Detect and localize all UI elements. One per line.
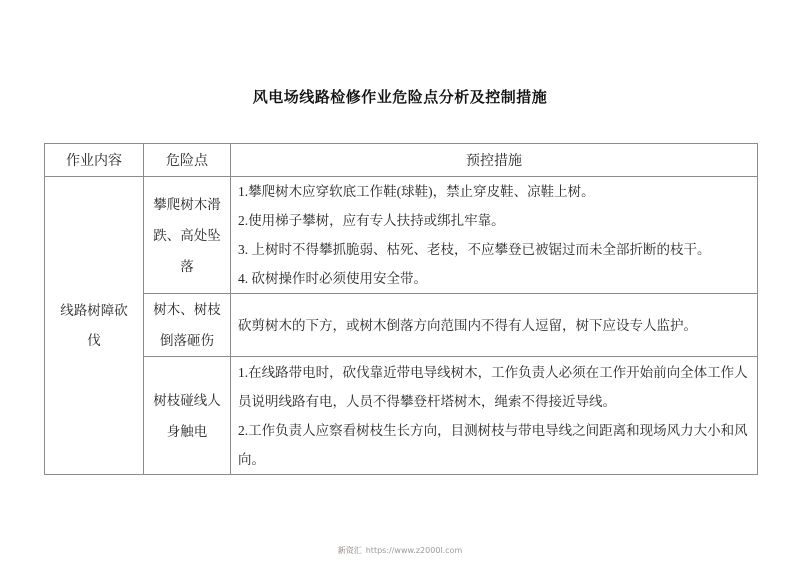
measure-item: 2.使用梯子攀树，应有专人扶持或绑扎牢靠。 [238,206,754,235]
hazard-cell-electric-shock: 树枝碰线人身触电 [144,357,231,475]
measures-cell-falling-branches: 砍剪树木的下方，或树木倒落方向范围内不得有人逗留，树下应设专人监护。 [231,294,758,357]
column-header-hazard: 危险点 [144,144,231,177]
measure-item: 4. 砍树操作时必须使用安全带。 [238,264,754,293]
column-header-measures: 预控措施 [231,144,758,177]
measure-item: 1.在线路带电时，砍伐靠近带电导线树木，工作负责人必须在工作开始前向全体工作人员… [238,358,754,416]
measure-item: 3. 上树时不得攀抓脆弱、枯死、老枝，不应攀登已被锯过而未全部折断的枝干。 [238,235,754,264]
work-content-cell: 线路树障砍伐 [45,177,144,475]
column-header-work-content: 作业内容 [45,144,144,177]
measures-cell-climbing-falls: 1.攀爬树木应穿软底工作鞋(球鞋)，禁止穿皮鞋、凉鞋上树。 2.使用梯子攀树，应… [231,177,758,294]
measures-cell-electric-shock: 1.在线路带电时，砍伐靠近带电导线树木，工作负责人必须在工作开始前向全体工作人员… [231,357,758,475]
watermark: 新资汇https://www.z2000l.com [0,546,800,556]
document-page: 风电场线路检修作业危险点分析及控制措施 作业内容 危险点 预控措施 线路树障砍伐… [0,0,800,565]
hazard-table: 作业内容 危险点 预控措施 线路树障砍伐 攀爬树木滑跌、高处坠落 1.攀爬树木应… [44,143,758,475]
measure-item: 砍剪树木的下方，或树木倒落方向范围内不得有人逗留，树下应设专人监护。 [238,311,754,340]
table-row-climbing-falls: 线路树障砍伐 攀爬树木滑跌、高处坠落 1.攀爬树木应穿软底工作鞋(球鞋)，禁止穿… [45,177,758,294]
measure-item: 1.攀爬树木应穿软底工作鞋(球鞋)，禁止穿皮鞋、凉鞋上树。 [238,177,754,206]
hazard-cell-falling-branches: 树木、树枝倒落砸伤 [144,294,231,357]
table-row-electric-shock: 树枝碰线人身触电 1.在线路带电时，砍伐靠近带电导线树木，工作负责人必须在工作开… [45,357,758,475]
page-title: 风电场线路检修作业危险点分析及控制措施 [0,86,800,107]
measure-item: 2.工作负责人应察看树枝生长方向，目测树枝与带电导线之间距离和现场风力大小和风向… [238,416,754,474]
table-header-row: 作业内容 危险点 预控措施 [45,144,758,177]
table-row-falling-branches: 树木、树枝倒落砸伤 砍剪树木的下方，或树木倒落方向范围内不得有人逗留，树下应设专… [45,294,758,357]
hazard-cell-climbing-falls: 攀爬树木滑跌、高处坠落 [144,177,231,294]
watermark-url: https://www.z2000l.com [366,546,463,555]
watermark-site-name: 新资汇 [338,546,362,555]
